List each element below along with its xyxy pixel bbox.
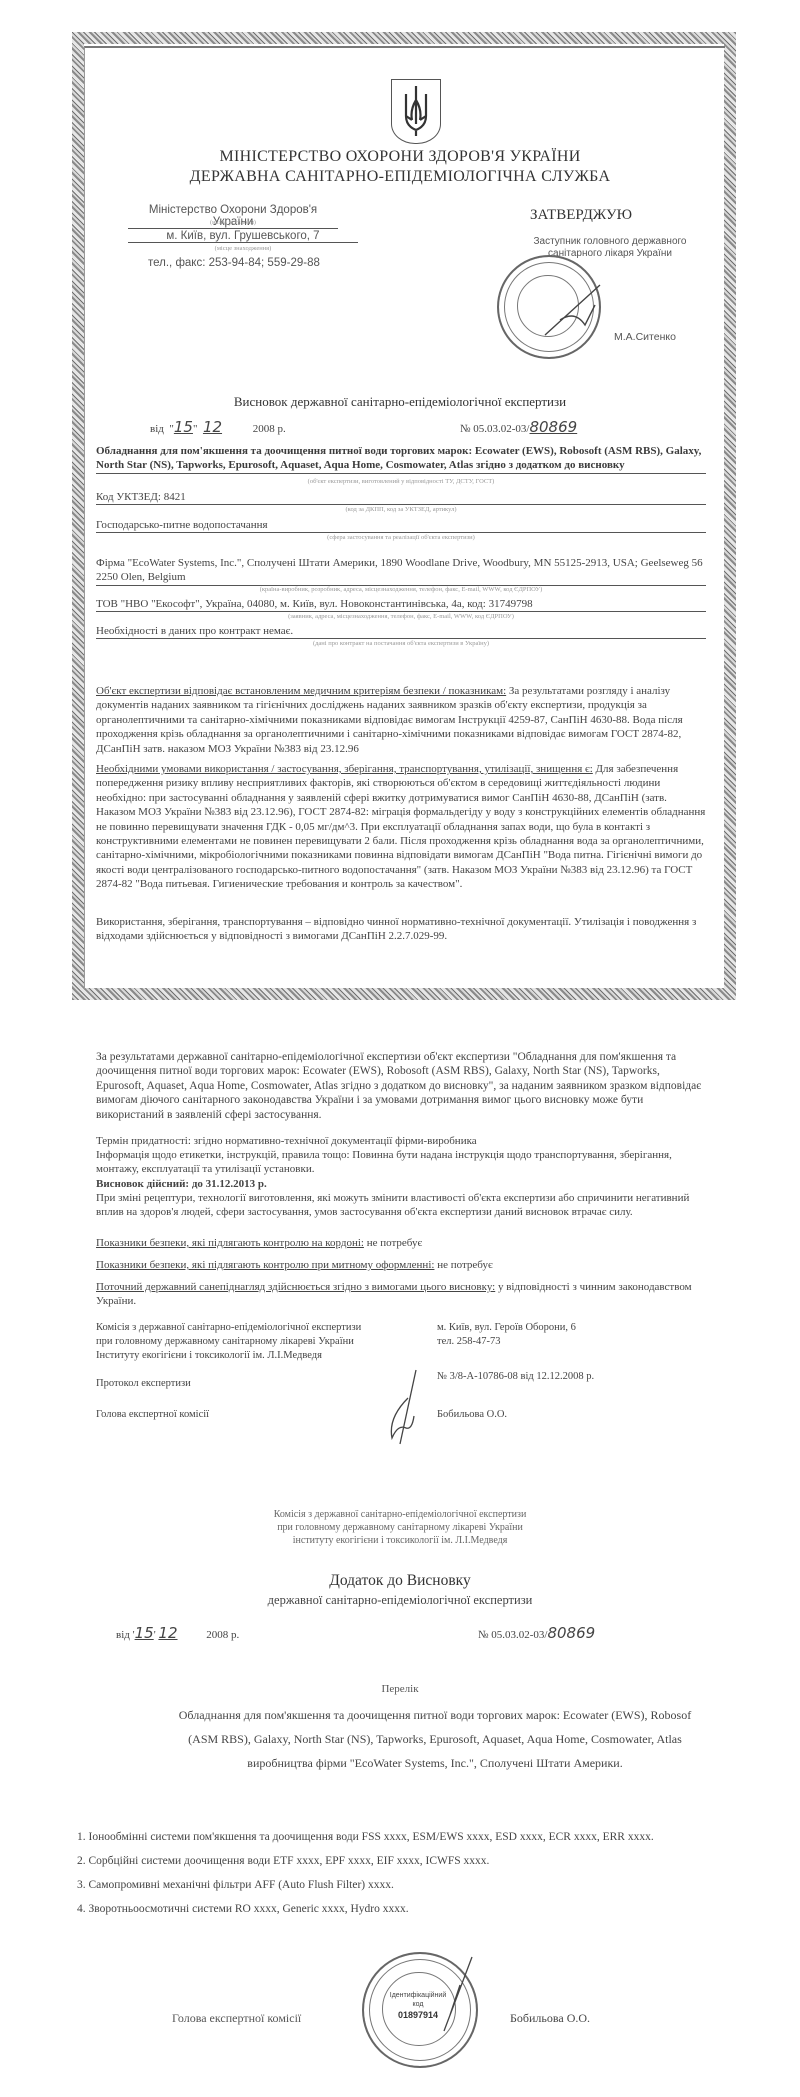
approver-name: М.А.Ситенко: [614, 331, 676, 343]
head-name: Бобильова О.О.: [437, 1408, 507, 1422]
protocol-label: Протокол експертизи: [96, 1377, 191, 1391]
annex-subtitle: державної санітарно-епідеміологічної екс…: [0, 1593, 800, 1608]
annex-date-prefix: від: [116, 1629, 130, 1641]
commission-line1: Комісія з державної санітарно-епідеміоло…: [96, 1321, 361, 1335]
customs-control-row: Показники безпеки, які підлягають контро…: [96, 1258, 706, 1272]
contract-caption: (дані про контракт на постачання об'єкта…: [96, 640, 706, 647]
approver-signature-icon: [540, 280, 610, 340]
commission-address: м. Київ, вул. Героїв Оборони, 6: [437, 1321, 576, 1335]
commission-block: Комісія з державної санітарно-епідеміоло…: [96, 1321, 361, 1363]
date-year: 2008 р.: [253, 423, 286, 435]
annex-head-label: Голова експертної комісії: [172, 2011, 301, 2026]
usage-conditions-section: Необхідними умовами використання / засто…: [96, 762, 706, 892]
uktzed-code: Код УКТЗЕД: 8421: [96, 490, 706, 505]
customs-control-value: не потребує: [434, 1259, 492, 1271]
shelf-life: Термін придатності: згідно нормативно-те…: [96, 1134, 706, 1148]
approver-role-line1: Заступник головного державного: [510, 236, 710, 247]
ministry-title: МІНІСТЕРСТВО ОХОРОНИ ЗДОРОВ'Я УКРАЇНИ: [0, 148, 800, 166]
annex-commission-line2: при головному державному санітарному лік…: [0, 1521, 800, 1534]
list-intro-line3: виробництва фірми "EcoWater Systems, Inc…: [70, 1751, 800, 1775]
list-item: 3. Самопромивні механічні фільтри AFF (A…: [77, 1873, 717, 1897]
expertise-object-caption: (об'єкт експертизи, виготовлений у відпо…: [96, 478, 706, 485]
scope-caption: (сфера застосування та реалізації об'єкт…: [96, 534, 706, 541]
manufacturer: Фірма "EcoWater Systems, Inc.", Сполучен…: [96, 556, 706, 586]
annex-commission-line1: Комісія з державної санітарно-епідеміоло…: [0, 1508, 800, 1521]
applicant-caption: (заявник, адреса, місцезнаходження, теле…: [96, 613, 706, 620]
list-intro: Обладнання для пом'якшення та доочищення…: [70, 1703, 800, 1775]
usage-conditions-text: Для забезпечення попередження ризику впл…: [96, 763, 705, 890]
annex-head-name: Бобильова О.О.: [510, 2011, 590, 2026]
customs-control-label: Показники безпеки, які підлягають контро…: [96, 1259, 434, 1271]
applicant: ТОВ "НВО "Екософт", Україна, 04080, м. К…: [96, 597, 706, 612]
date-day-handwritten: 15: [174, 418, 193, 436]
usage-conditions-label: Необхідними умовами використання / засто…: [96, 763, 593, 775]
date-month-handwritten: 12: [203, 418, 250, 436]
commission-phone: тел. 258-47-73: [437, 1335, 576, 1349]
annex-date-year: 2008 р.: [206, 1629, 239, 1641]
commission-contacts: м. Київ, вул. Героїв Оборони, 6 тел. 258…: [437, 1321, 576, 1349]
annex-number: № 05.03.02-03/80869: [478, 1626, 595, 1642]
equipment-list: 1. Іонообмінні системи пом'якшення та до…: [77, 1825, 717, 1921]
commission-line3: Інституту екогігієни і токсикології ім. …: [96, 1349, 361, 1363]
approve-heading: ЗАТВЕРДЖУЮ: [530, 207, 632, 224]
document-title: Висновок державної санітарно-епідеміолог…: [0, 394, 800, 410]
border-control-row: Показники безпеки, які підлягають контро…: [96, 1236, 706, 1250]
expertise-result: За результатами державної санітарно-епід…: [96, 1050, 706, 1122]
head-signature-icon: [378, 1368, 438, 1448]
manufacturer-caption: (країна-виробник, розробник, адреса, міс…: [96, 586, 706, 593]
valid-until: Висновок дійсний: до 31.12.2013 р.: [96, 1177, 267, 1191]
supervision-label: Поточний державний санепіднагляд здійсню…: [96, 1281, 495, 1293]
protocol-number: № 3/8-А-10786-08 від 12.12.2008 р.: [437, 1370, 594, 1384]
list-title: Перелік: [0, 1683, 800, 1695]
doc-number-prefix: № 05.03.02-03/: [460, 423, 529, 435]
annex-date-month-handwritten: 12: [158, 1624, 203, 1642]
annex-commission-block: Комісія з державної санітарно-епідеміоло…: [0, 1508, 800, 1547]
doc-number-handwritten: 80869: [529, 418, 577, 436]
label-instructions-info: Інформація щодо етикетки, інструкцій, пр…: [96, 1148, 696, 1177]
service-title: ДЕРЖАВНА САНІТАРНО-ЕПІДЕМІОЛОГІЧНА СЛУЖБ…: [0, 168, 800, 186]
supervision-row: Поточний державний санепіднагляд здійсню…: [96, 1280, 696, 1309]
annex-commission-line3: інституту екогігієни і токсикології ім. …: [0, 1534, 800, 1547]
expertise-object: Обладнання для пом'якшення та доочищення…: [96, 444, 706, 474]
list-intro-line2: (ASM RBS), Galaxy, North Star (NS), Tapw…: [70, 1727, 800, 1751]
border-control-label: Показники безпеки, які підлягають контро…: [96, 1237, 364, 1249]
institution-phone: тел., факс: 253-94-84; 559-29-88: [148, 257, 320, 269]
institution-caption: (назва установи): [128, 219, 338, 226]
list-item: 2. Сорбційні системи доочищення води ETF…: [77, 1849, 717, 1873]
contract-info: Необхідності в даних про контракт немає.: [96, 624, 706, 639]
list-item: 4. Зворотньоосмотичні системи RO xxxx, G…: [77, 1897, 717, 1921]
safety-criteria-section: Об'єкт експертизи відповідає встановлени…: [96, 684, 706, 756]
annex-number-prefix: № 05.03.02-03/: [478, 1629, 547, 1641]
annex-signature-icon: [430, 1955, 480, 2035]
uktzed-caption: (код за ДКПП, код за УКТЗЕД, артикул): [96, 506, 706, 513]
institution-address: м. Київ, вул. Грушевського, 7: [128, 230, 358, 243]
annex-date-day-handwritten: 15: [135, 1624, 154, 1642]
annex-number-handwritten: 80869: [547, 1624, 595, 1642]
annex-date: від '15' 12 2008 р.: [116, 1626, 239, 1642]
list-item: 1. Іонообмінні системи пом'якшення та до…: [77, 1825, 717, 1849]
storage-disposal-text: Використання, зберігання, транспортуванн…: [96, 915, 706, 944]
border-control-value: не потребує: [364, 1237, 422, 1249]
annex-title: Додаток до Висновку: [0, 1572, 800, 1590]
commission-line2: при головному державному санітарному лік…: [96, 1335, 361, 1349]
head-label: Голова експертної комісії: [96, 1408, 209, 1422]
safety-criteria-label: Об'єкт експертизи відповідає встановлени…: [96, 685, 506, 697]
address-caption: (місце знаходження): [128, 245, 358, 252]
list-intro-line1: Обладнання для пом'якшення та доочищення…: [70, 1703, 800, 1727]
date-prefix: від: [150, 423, 164, 435]
change-notice: При зміні рецептури, технології виготовл…: [96, 1191, 696, 1220]
trident-emblem-icon: [391, 79, 441, 144]
application-scope: Господарсько-питне водопостачання: [96, 518, 706, 533]
